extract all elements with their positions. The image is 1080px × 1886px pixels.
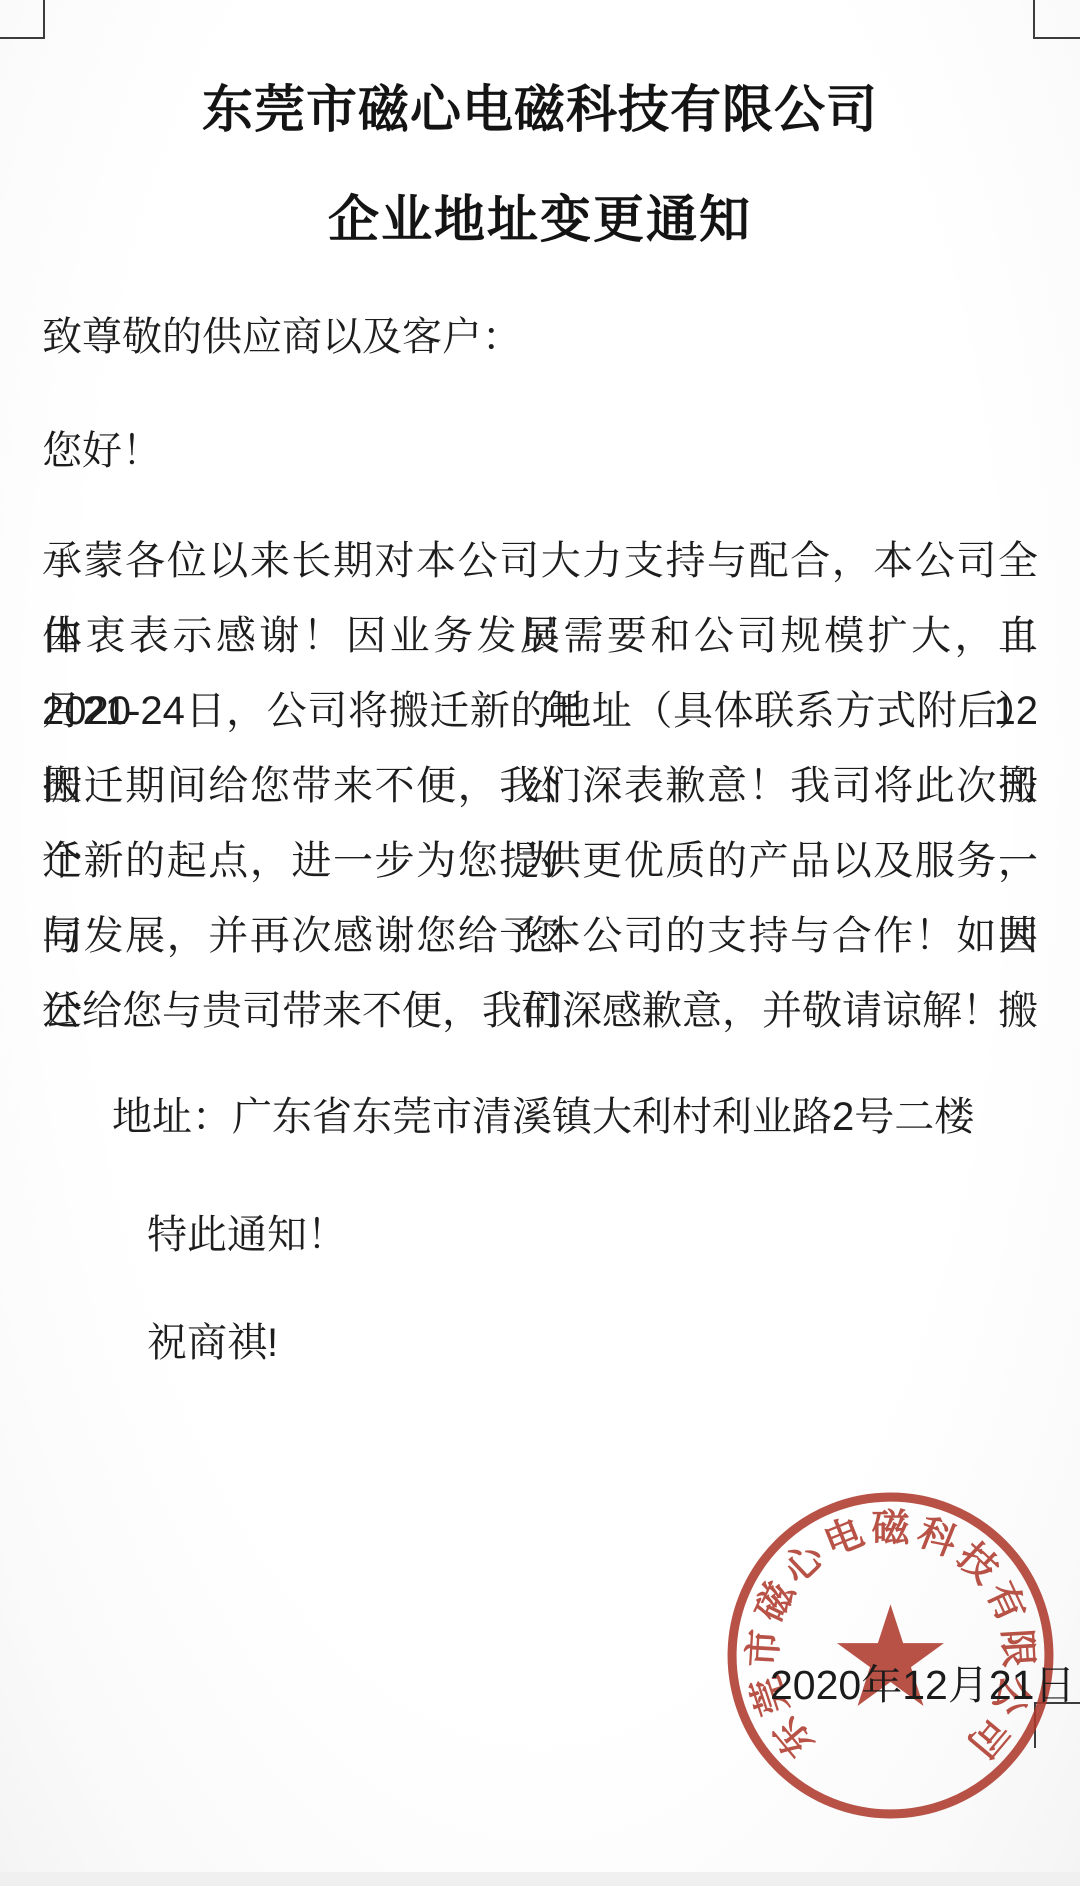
body-paragraph: 承蒙各位以来长期对本公司大力支持与配合，本公司全体员工 由衷表示感谢！因业务发展… [42, 524, 1038, 1049]
seal-char: 科 [912, 1511, 964, 1565]
company-title: 东莞市磁心电磁科技有限公司 [0, 62, 1080, 157]
new-address-line: 地址：广东省东莞市清溪镇大利村利业路2号二楼 [112, 1080, 974, 1155]
document-title: 企业地址变更通知 [0, 172, 1080, 267]
body-line: 同发展，并再次感谢您给予本公司的支持与合作！如因公司搬 [42, 899, 1038, 974]
greeting-line: 您好！ [42, 414, 162, 489]
scan-corner-mark-top-right [1033, 0, 1080, 39]
salutation-line: 致尊敬的供应商以及客户： [42, 300, 522, 375]
scan-corner-mark-top-left [0, 0, 45, 39]
closing-salute-line: 祝商祺! [147, 1306, 278, 1381]
body-line: 迁给您与贵司带来不便，我们深感歉意，并敬请谅解！ [42, 974, 1038, 1049]
body-line: 月21-24日，公司将搬迁新的地址（具体联系方式附后）因公司 [42, 674, 1038, 749]
letter-page: 东莞市磁心电磁科技有限公司 企业地址变更通知 致尊敬的供应商以及客户： 您好！ … [0, 0, 1080, 1886]
bottom-gray-strip [0, 1872, 1080, 1886]
date-line: 2020年12月21日 [770, 1652, 1075, 1711]
body-line: 个新的起点，进一步为您提供更优质的产品以及服务，与您共 [42, 824, 1038, 899]
seal-char: 电 [818, 1511, 869, 1565]
body-line: 承蒙各位以来长期对本公司大力支持与配合，本公司全体员工 [42, 524, 1038, 599]
body-line: 由衷表示感谢！因业务发展需要和公司规模扩大，自2020年12 [42, 599, 1038, 674]
body-line: 搬迁期间给您带来不便，我们深表歉意！我司将此次搬迁为一 [42, 749, 1038, 824]
seal-char: 有 [978, 1576, 1033, 1629]
notice-declaration-line: 特此通知！ [147, 1198, 347, 1273]
seal-char: 磁 [871, 1507, 910, 1550]
